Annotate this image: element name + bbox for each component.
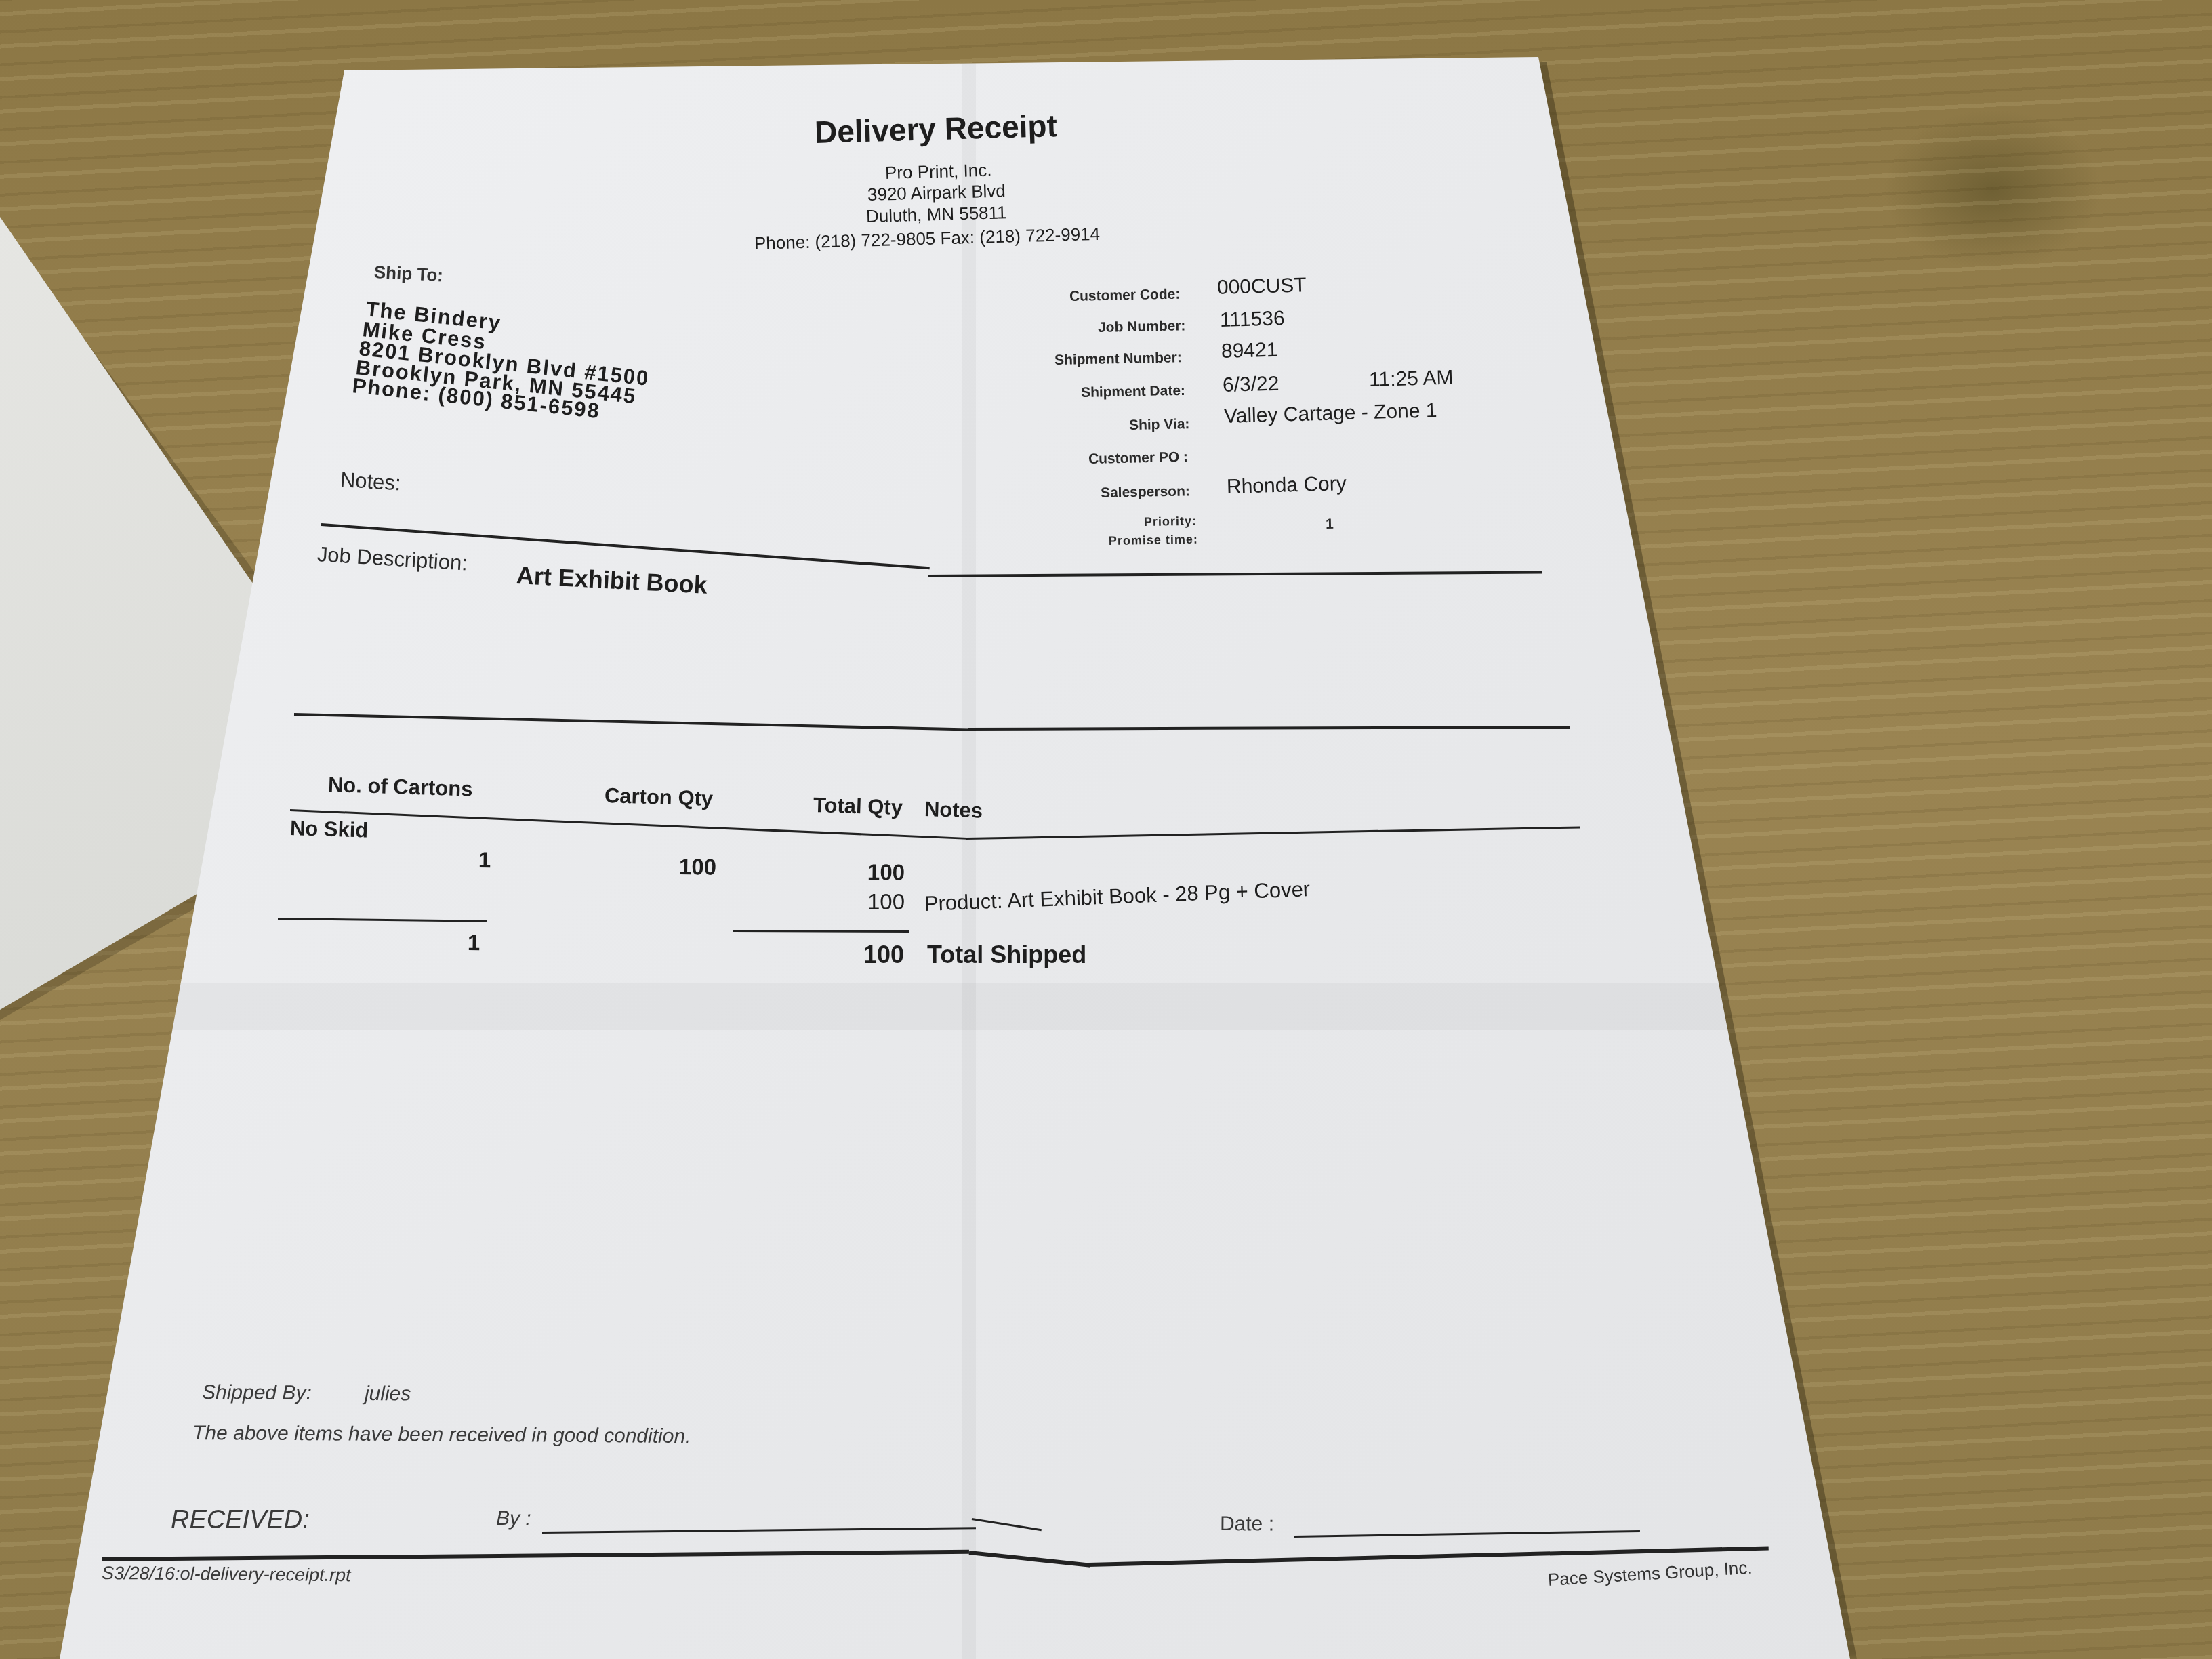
shipment-date-label: Shipment Date: bbox=[1081, 383, 1185, 401]
qty-subtotal-rule bbox=[733, 930, 909, 933]
shipment-number-value: 89421 bbox=[1221, 339, 1278, 363]
received-by-signature-line bbox=[542, 1527, 976, 1534]
cell-total-qty: 100 bbox=[867, 859, 905, 886]
condition-statement: The above items have been received in go… bbox=[192, 1422, 691, 1448]
product-qty: 100 bbox=[867, 889, 905, 915]
cell-no-of-cartons: 1 bbox=[478, 847, 491, 873]
divider-line bbox=[294, 713, 969, 731]
total-qty-shipped: 100 bbox=[863, 941, 904, 969]
table-header-rule bbox=[966, 826, 1580, 840]
ship-via-label: Ship Via: bbox=[1129, 416, 1190, 434]
shipped-by-value: julies bbox=[365, 1382, 411, 1406]
divider-line bbox=[928, 571, 1542, 577]
promise-time-label: Promise time: bbox=[1109, 533, 1198, 548]
received-date-label: Date : bbox=[1220, 1513, 1274, 1536]
job-number-value: 111536 bbox=[1220, 307, 1286, 332]
priority-value: 1 bbox=[1326, 516, 1334, 533]
received-date-line bbox=[1294, 1530, 1640, 1538]
company-name: Pro Print, Inc. bbox=[885, 160, 992, 184]
shipped-by-label: Shipped By: bbox=[202, 1381, 312, 1405]
salesperson-value: Rhonda Cory bbox=[1227, 472, 1347, 499]
company-phone-fax: Phone: (218) 722-9805 Fax: (218) 722-991… bbox=[754, 224, 1101, 254]
priority-label: Priority: bbox=[1144, 514, 1197, 529]
footer-rule bbox=[969, 1551, 1091, 1568]
job-description-value: Art Exhibit Book bbox=[516, 561, 708, 600]
ship-via-value: Valley Cartage - Zone 1 bbox=[1224, 399, 1437, 428]
total-shipped-label: Total Shipped bbox=[927, 941, 1086, 969]
product-description: Product: Art Exhibit Book - 28 Pg + Cove… bbox=[924, 877, 1310, 916]
col-header-no-of-cartons: No. of Cartons bbox=[327, 773, 473, 802]
footer-rule bbox=[102, 1550, 969, 1561]
job-description-label: Job Description: bbox=[316, 542, 468, 576]
delivery-receipt-paper: Delivery Receipt Pro Print, Inc. 3920 Ai… bbox=[0, 0, 2212, 1659]
shipment-number-label: Shipment Number: bbox=[1054, 350, 1182, 369]
received-by-label: By : bbox=[496, 1507, 531, 1530]
divider-line bbox=[968, 726, 1570, 731]
total-cartons: 1 bbox=[468, 930, 480, 956]
company-address-1: 3920 Airpark Blvd bbox=[867, 180, 1006, 205]
ship-to-label: Ship To: bbox=[373, 262, 444, 286]
notes-label: Notes: bbox=[340, 468, 402, 495]
cell-carton-qty: 100 bbox=[679, 854, 717, 880]
col-header-notes: Notes bbox=[924, 797, 983, 823]
customer-code-value: 000CUST bbox=[1217, 274, 1307, 300]
group-label-no-skid: No Skid bbox=[289, 816, 368, 843]
company-address-2: Duluth, MN 55811 bbox=[866, 202, 1007, 227]
received-label: RECEIVED: bbox=[171, 1506, 310, 1535]
document-title: Delivery Receipt bbox=[814, 107, 1057, 150]
received-by-signature-line bbox=[972, 1518, 1042, 1531]
job-number-label: Job Number: bbox=[1098, 318, 1186, 336]
col-header-total-qty: Total Qty bbox=[813, 793, 903, 820]
vendor-name: Pace Systems Group, Inc. bbox=[1547, 1557, 1753, 1591]
shipment-date-value: 6/3/22 bbox=[1223, 373, 1279, 397]
col-header-carton-qty: Carton Qty bbox=[604, 783, 713, 811]
cartons-subtotal-rule bbox=[278, 918, 487, 922]
salesperson-label: Salesperson: bbox=[1101, 483, 1190, 501]
customer-code-label: Customer Code: bbox=[1069, 287, 1181, 305]
shipment-time-value: 11:25 AM bbox=[1369, 367, 1454, 392]
report-file-name: S3/28/16:ol-delivery-receipt.rpt bbox=[102, 1563, 351, 1586]
customer-po-label: Customer PO : bbox=[1088, 449, 1189, 468]
